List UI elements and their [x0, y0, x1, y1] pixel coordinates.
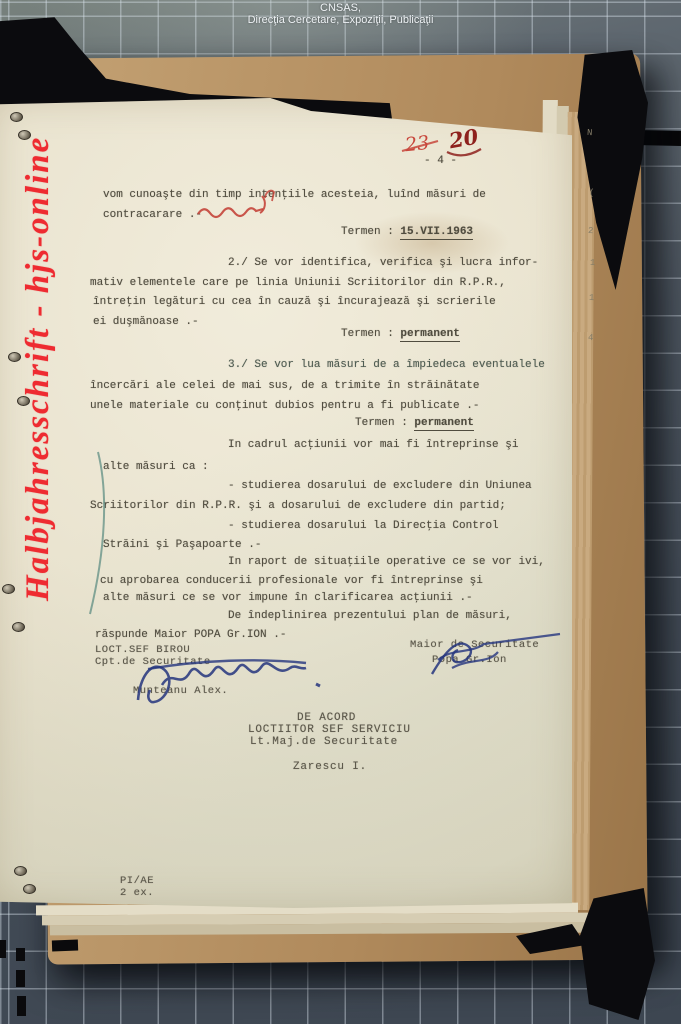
deadline-label: Termen : [341, 328, 400, 340]
deadline-label: Termen : [341, 226, 400, 238]
archive-name: CNSAS, [0, 2, 681, 14]
typed-line: unele materiale cu conţinut dubios pentr… [90, 400, 479, 413]
binding-rivet [12, 622, 25, 632]
typed-line: Străini şi Paşapoarte .- [103, 539, 261, 552]
typed-line: alte măsuri ce se vor impune în clarific… [103, 592, 473, 605]
cover-fragment [16, 970, 25, 987]
cover-fragment [52, 940, 78, 952]
typed-line: alte măsuri ca : [103, 461, 209, 474]
struck-folio-number: 23 [404, 132, 430, 156]
signer-left-name: Munteanu Alex. [133, 685, 228, 698]
approval-name: Zarescu I. [293, 761, 367, 774]
fore-edge-mark: 4 [588, 333, 594, 343]
cover-fragment [17, 996, 26, 1016]
typed-line: 2./ Se vor identifica, verifica şi lucra… [228, 257, 538, 270]
signer-left-rank: Cpt.de Securitate [95, 656, 211, 669]
deadline-label: Termen : [355, 417, 414, 429]
page-stain [322, 198, 542, 288]
typed-line: încercări ale celei de mai sus, de a tri… [90, 380, 479, 393]
fore-edge-mark: 1 [589, 293, 595, 303]
approval-rank: Lt.Maj.de Securitate [250, 736, 398, 749]
typed-line: De îndeplinirea prezentului plan de măsu… [228, 610, 512, 623]
typed-line: - studierea dosarului la Direcţia Contro… [228, 520, 499, 533]
typed-line: 3./ Se vor lua măsuri de a împiedeca eve… [228, 359, 545, 372]
typed-line: întreţin legături cu cea în cauză şi înc… [93, 296, 496, 309]
binding-rivet [23, 884, 36, 894]
fore-edge-mark: ( [589, 188, 595, 198]
typed-line: ei duşmănoase .- [93, 316, 199, 329]
watermark-text: Halbjahresschrift - hjs-online [20, 92, 66, 644]
typed-line: contracarare .- [103, 209, 202, 222]
fore-edge-mark: 2 [588, 226, 594, 236]
signer-right-rank: Maior de Securitate [410, 639, 539, 652]
typed-line: In cadrul acţiunii vor mai fi întreprins… [228, 439, 518, 452]
typed-line: - studierea dosarului de excludere din U… [228, 480, 532, 493]
deadline-value: 15.VII.1963 [400, 226, 473, 240]
fore-edge-mark: 1 [590, 258, 596, 268]
deadline-line: Termen : 15.VII.1963 [341, 226, 473, 239]
corrected-folio-number: 20 [447, 124, 480, 154]
archive-department: Direcţia Cercetare, Expoziţii, Publicaţi… [0, 14, 681, 26]
binding-rivet [8, 352, 21, 362]
binding-rivet [17, 396, 30, 406]
typed-line: In raport de situaţiile operative ce se … [228, 556, 545, 569]
deadline-value: permanent [400, 328, 459, 342]
page-number: - 4 - [424, 155, 457, 168]
copy-count: 2 ex. [120, 887, 154, 900]
binding-rivet [2, 584, 15, 594]
typed-line: cu aprobarea conducerii profesionale vor… [100, 575, 483, 588]
binding-rivet [10, 112, 23, 122]
typed-line: răspunde Maior POPA Gr.ION .- [95, 629, 286, 642]
photo-stage: CNSAS, Direcţia Cercetare, Expoziţii, Pu… [0, 0, 681, 1024]
deadline-line: Termen : permanent [341, 328, 460, 341]
typed-line: vom cunoaşte din timp intenţiile acestei… [103, 189, 486, 202]
deadline-value: permanent [414, 417, 473, 431]
fore-edge-mark: N [587, 128, 593, 138]
cover-fragment [0, 940, 6, 958]
binding-rivet [14, 866, 27, 876]
signer-right-name: Popa Gr.Ion [432, 654, 507, 667]
dossier-cover-bottom-right [580, 888, 655, 1020]
binding-rivet [18, 130, 31, 140]
typed-line: mativ elementele care pe linia Uniunii S… [90, 277, 506, 290]
deadline-line: Termen : permanent [355, 417, 474, 430]
cover-fragment [16, 948, 25, 961]
archive-header: CNSAS, Direcţia Cercetare, Expoziţii, Pu… [0, 2, 681, 26]
typed-line: Scriitorilor din R.P.R. şi a dosarului d… [90, 500, 506, 513]
